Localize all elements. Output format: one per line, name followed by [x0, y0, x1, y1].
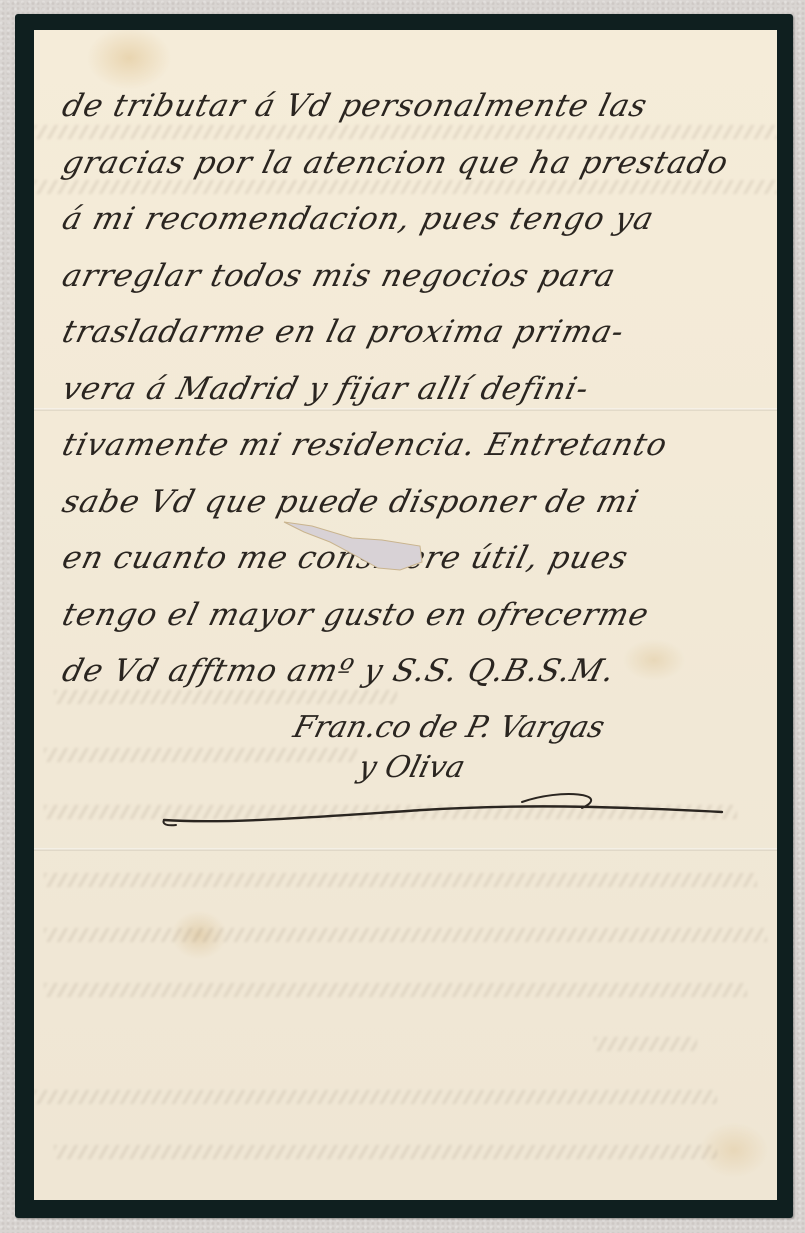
letter-line: á mi recomendacion, pues tengo ya: [56, 191, 777, 248]
letter-line: tivamente mi residencia. Entretanto: [56, 417, 777, 474]
bleed-through-stroke: [54, 1145, 717, 1159]
bleed-through-stroke: [44, 873, 757, 887]
bleed-through-stroke: [34, 1090, 717, 1104]
letter-line: arreglar todos mis negocios para: [56, 248, 777, 305]
letter-line: de Vd afftmo amº y S.S. Q.B.S.M.: [56, 643, 777, 700]
letter-line: gracias por la atencion que ha prestado: [56, 135, 777, 192]
letter-line: tengo el mayor gusto en ofrecerme: [56, 587, 777, 644]
bleed-through-stroke: [44, 928, 767, 942]
letter-line: trasladarme en la proxima prima-: [56, 304, 777, 361]
signature-block: Fran.co de P. Vargas y Oliva: [284, 708, 704, 788]
fold-line: [34, 848, 777, 851]
letter-line: vera á Madrid y fijar allí defini-: [56, 361, 777, 418]
letter-body: de tributar á Vd personalmente las graci…: [56, 78, 766, 700]
signature-surname: y Oliva: [279, 748, 709, 788]
letter-paper: de tributar á Vd personalmente las graci…: [34, 30, 777, 1200]
letter-line: de tributar á Vd personalmente las: [56, 78, 777, 135]
signature-name: Fran.co de P. Vargas: [279, 708, 709, 748]
signature-flourish: [162, 790, 732, 830]
paper-tear: [282, 518, 432, 578]
bleed-through-stroke: [594, 1037, 697, 1051]
bleed-through-stroke: [44, 983, 747, 997]
